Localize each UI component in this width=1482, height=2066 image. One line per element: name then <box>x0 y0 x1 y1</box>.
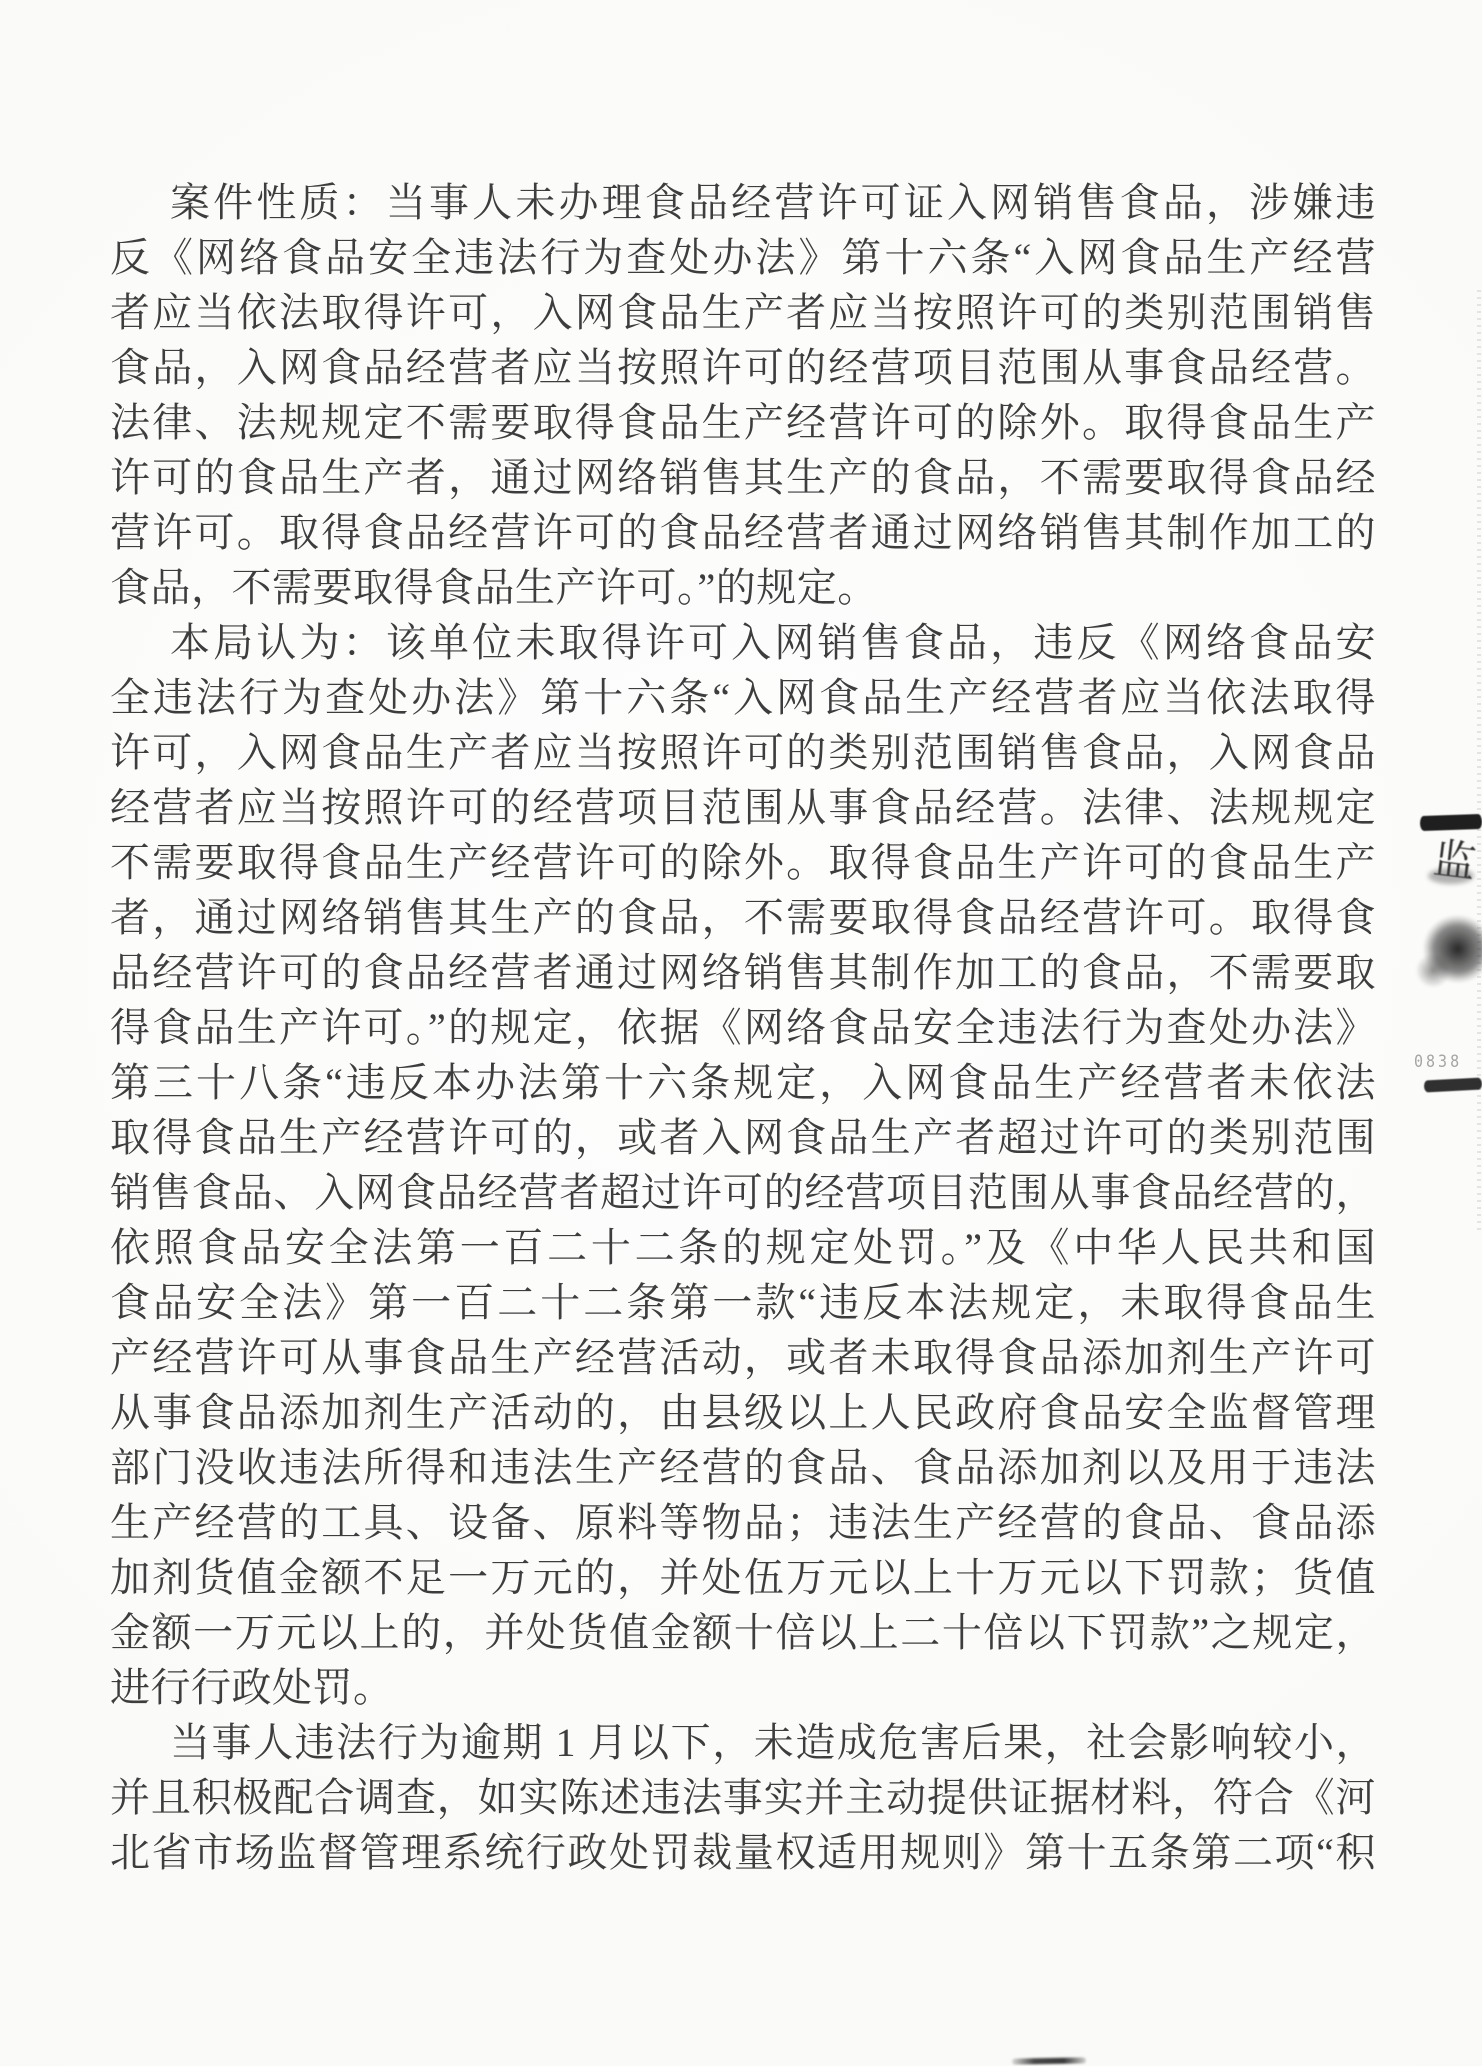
text-line: 不需要取得食品生产经营许可的除外。取得食品生产许可的食品生产 <box>110 835 1376 890</box>
stamp-digits: 0838 <box>1414 1051 1462 1072</box>
text-line: 产经营许可从事食品生产经营活动，或者未取得食品添加剂生产许可 <box>110 1330 1376 1385</box>
text-line: 部门没收违法所得和违法生产经营的食品、食品添加剂以及用于违法 <box>110 1440 1376 1495</box>
text-line: 加剂货值金额不足一万元的，并处伍万元以上十万元以下罚款；货值 <box>110 1550 1376 1605</box>
text-line: 得食品生产许可。”的规定，依据《网络食品安全违法行为查处办法》 <box>110 1000 1376 1055</box>
stamp-character-smudge <box>1428 868 1474 884</box>
text-line: 进行行政处罚。 <box>110 1660 1376 1715</box>
text-block: 案件性质：当事人未办理食品经营许可证入网销售食品，涉嫌违反《网络食品安全违法行为… <box>110 175 1376 1880</box>
text-line: 取得食品生产经营许可的，或者入网食品生产者超过许可的类别范围 <box>110 1110 1376 1165</box>
text-line: 食品，不需要取得食品生产许可。”的规定。 <box>110 560 1376 615</box>
text-line: 从事食品添加剂生产活动的，由县级以上人民政府食品安全监督管理 <box>110 1385 1376 1440</box>
text-line: 第三十八条“违反本办法第十六条规定，入网食品生产经营者未依法 <box>110 1055 1376 1110</box>
text-line: 依照食品安全法第一百二十二条的规定处罚。”及《中华人民共和国 <box>110 1220 1376 1275</box>
text-line: 生产经营的工具、设备、原料等物品；违法生产经营的食品、食品添 <box>110 1495 1376 1550</box>
text-line: 销售食品、入网食品经营者超过许可的经营项目范围从事食品经营的， <box>110 1165 1376 1220</box>
text-line: 当事人违法行为逾期 1 月以下，未造成危害后果，社会影响较小， <box>110 1715 1376 1770</box>
text-line: 品经营许可的食品经营者通过网络销售其制作加工的食品，不需要取 <box>110 945 1376 1000</box>
text-line: 法律、法规规定不需要取得食品生产经营许可的除外。取得食品生产 <box>110 395 1376 450</box>
bottom-edge-smudge <box>1012 2057 1086 2064</box>
text-line: 者应当依法取得许可，入网食品生产者应当按照许可的类别范围销售 <box>110 285 1376 340</box>
page: 案件性质：当事人未办理食品经营许可证入网销售食品，涉嫌违反《网络食品安全违法行为… <box>0 0 1482 2066</box>
text-line: 并且积极配合调查，如实陈述违法事实并主动提供证据材料，符合《河 <box>110 1770 1376 1825</box>
paragraph: 本局认为：该单位未取得许可入网销售食品，违反《网络食品安全违法行为查处办法》第十… <box>110 615 1376 1715</box>
paragraph: 当事人违法行为逾期 1 月以下，未造成危害后果，社会影响较小，并且积极配合调查，… <box>110 1715 1376 1880</box>
text-line: 经营者应当按照许可的经营项目范围从事食品经营。法律、法规规定 <box>110 780 1376 835</box>
text-line: 食品，入网食品经营者应当按照许可的经营项目范围从事食品经营。 <box>110 340 1376 395</box>
text-line: 全违法行为查处办法》第十六条“入网食品生产经营者应当依法取得 <box>110 670 1376 725</box>
stamp-bottom-bar <box>1424 1077 1482 1092</box>
text-line: 反《网络食品安全违法行为查处办法》第十六条“入网食品生产经营 <box>110 230 1376 285</box>
text-line: 许可，入网食品生产者应当按照许可的类别范围销售食品，入网食品 <box>110 725 1376 780</box>
text-line: 金额一万元以上的，并处货值金额十倍以上二十倍以下罚款”之规定， <box>110 1605 1376 1660</box>
ink-blotch <box>1400 893 1482 1012</box>
text-line: 许可的食品生产者，通过网络销售其生产的食品，不需要取得食品经 <box>110 450 1376 505</box>
text-line: 者，通过网络销售其生产的食品，不需要取得食品经营许可。取得食 <box>110 890 1376 945</box>
text-line: 本局认为：该单位未取得许可入网销售食品，违反《网络食品安 <box>110 615 1376 670</box>
text-line: 案件性质：当事人未办理食品经营许可证入网销售食品，涉嫌违 <box>110 175 1376 230</box>
text-line: 食品安全法》第一百二十二条第一款“违反本法规定，未取得食品生 <box>110 1275 1376 1330</box>
paragraph: 案件性质：当事人未办理食品经营许可证入网销售食品，涉嫌违反《网络食品安全违法行为… <box>110 175 1376 615</box>
text-line: 北省市场监督管理系统行政处罚裁量权适用规则》第十五条第二项“积 <box>110 1825 1376 1880</box>
text-line: 营许可。取得食品经营许可的食品经营者通过网络销售其制作加工的 <box>110 505 1376 560</box>
